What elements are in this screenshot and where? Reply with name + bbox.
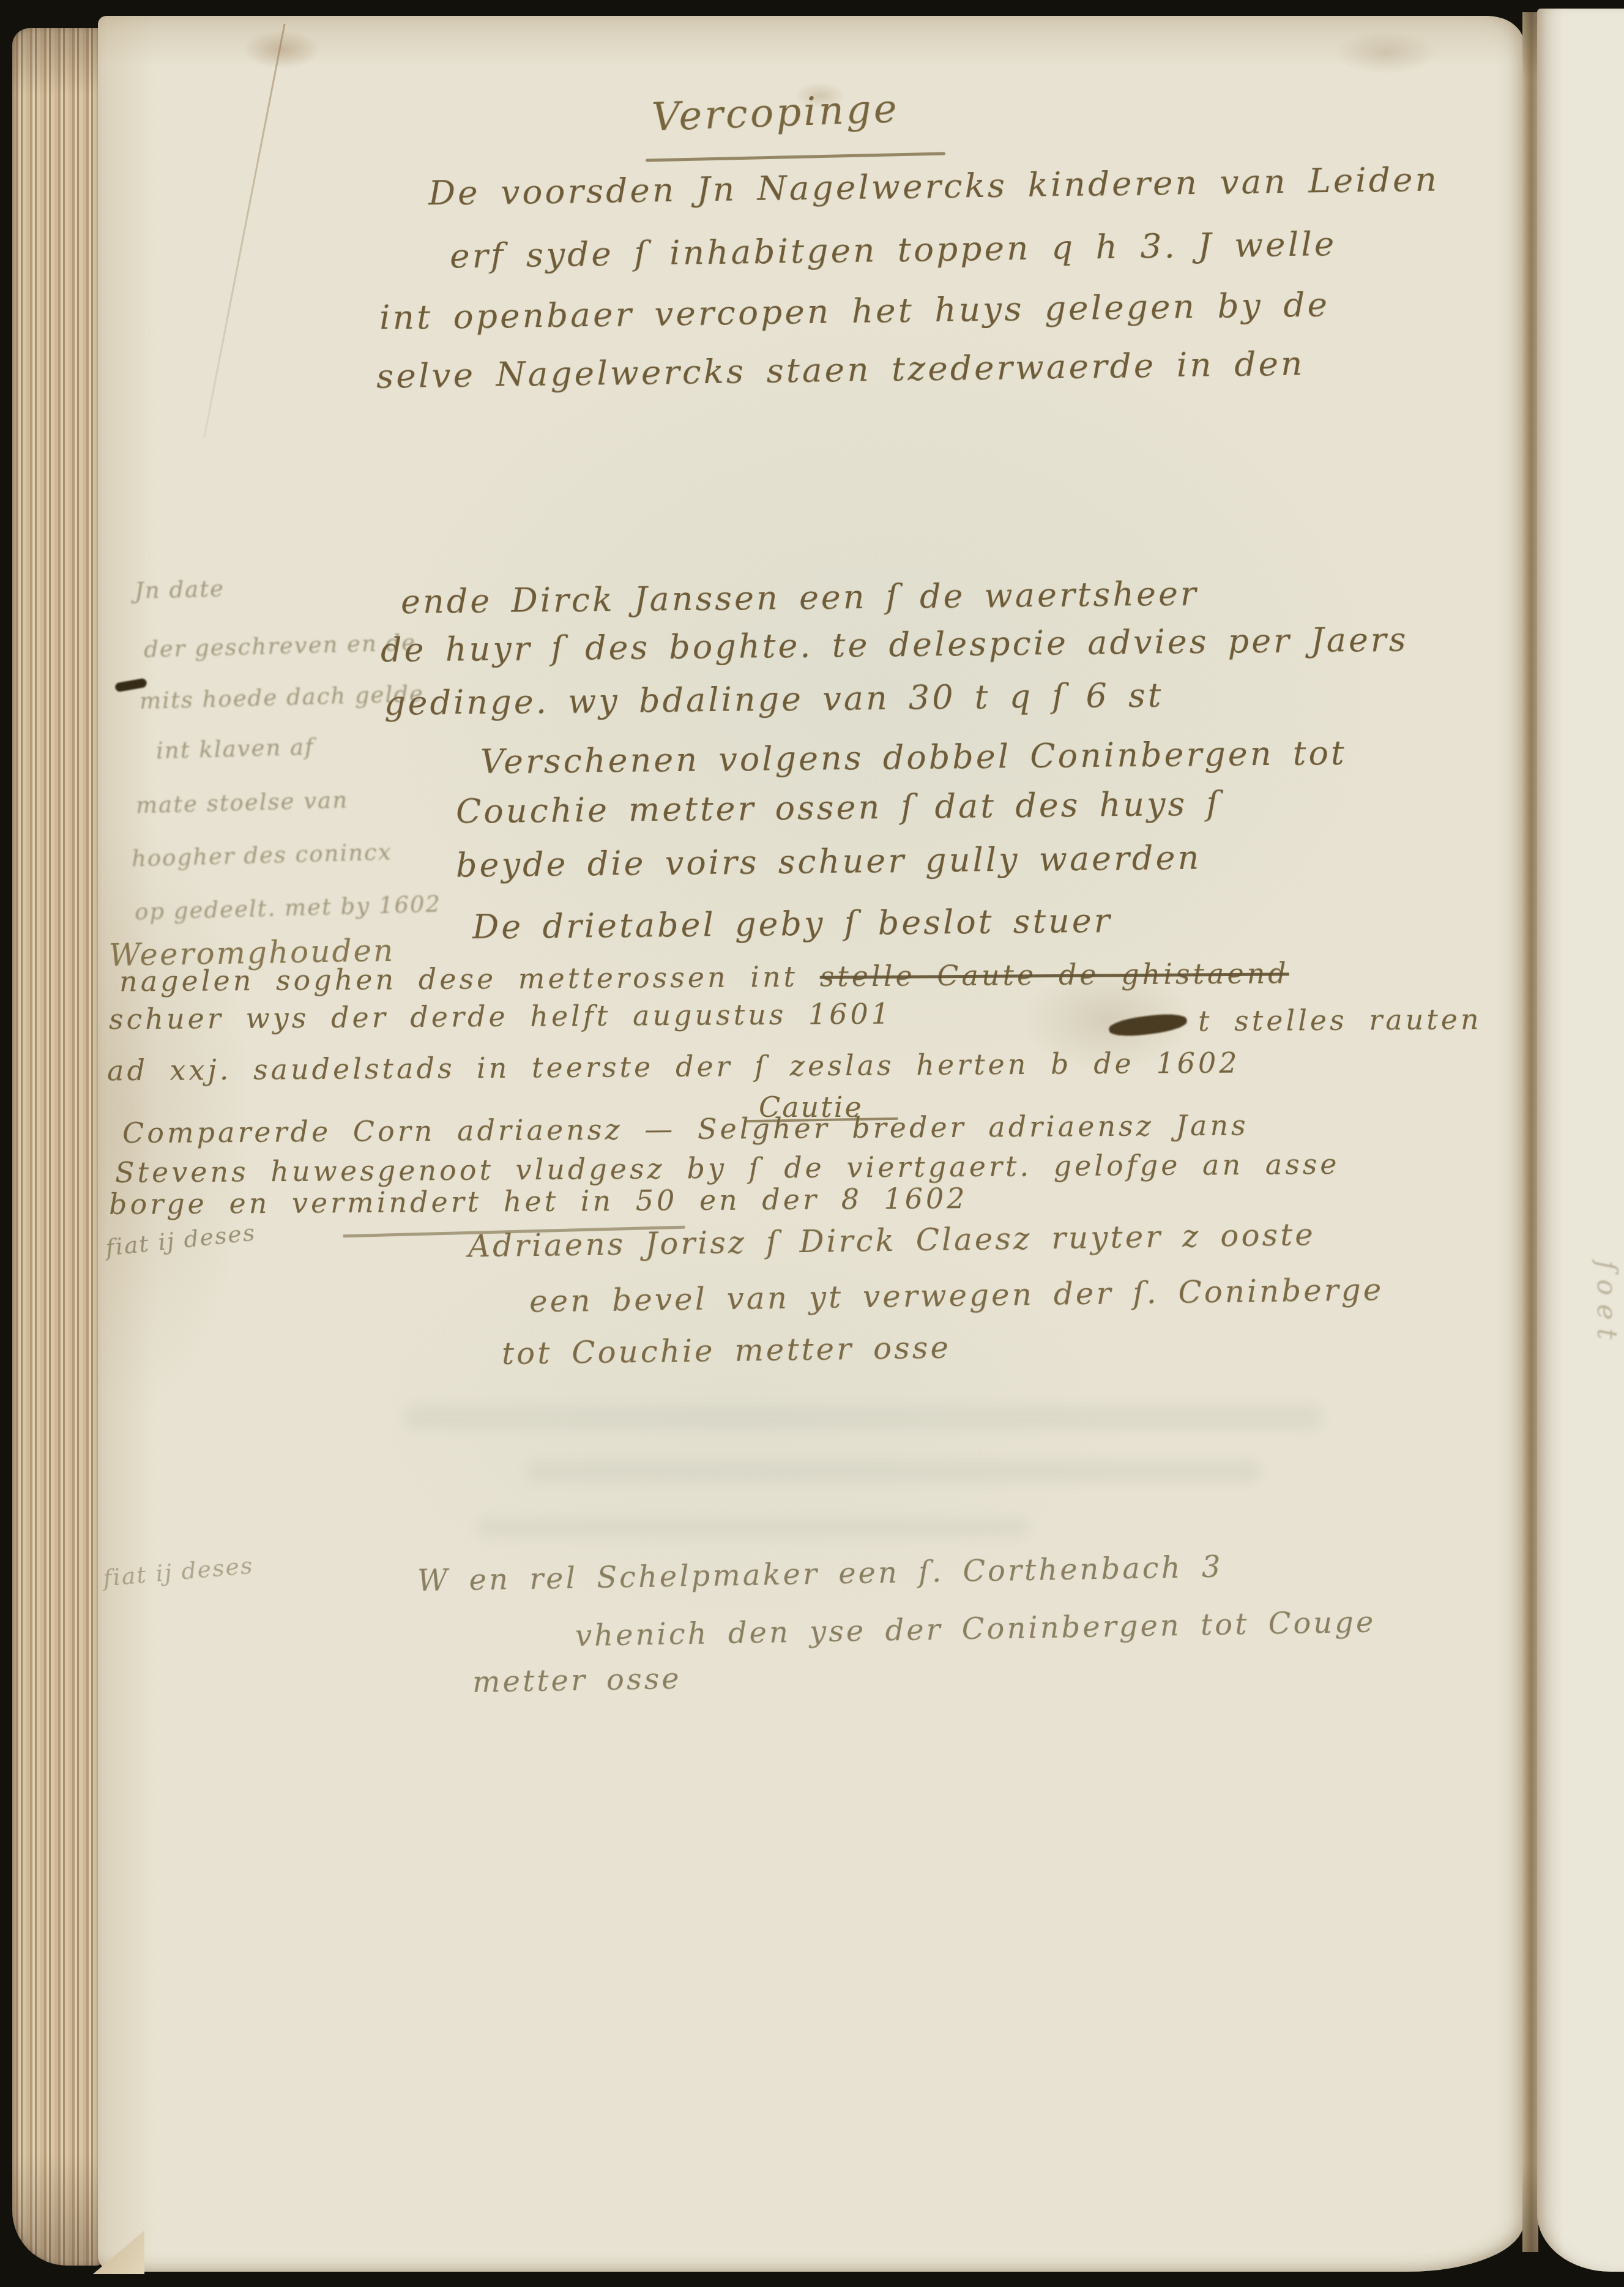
cautie-line: Comparerde Corn adriaensz — Selgher bred…	[122, 1109, 1249, 1150]
cautie-line: borge en vermindert het in 50 en der 8 1…	[109, 1182, 968, 1221]
dense-line: ad xxj. saudelstads in teerste der ſ zes…	[107, 1046, 1240, 1088]
main-line: ende Dirck Janssen een ſ de waertsheer	[401, 574, 1199, 621]
ghost-showthrough	[477, 1518, 1028, 1537]
ink-blot	[1108, 1011, 1188, 1039]
heading-underline	[646, 152, 945, 162]
intro-line: De voorsden Jn Nagelwercks kinderen van …	[428, 159, 1440, 212]
fiat-note: fiat ij deses	[104, 1218, 257, 1261]
main-line: gedinge. wy bdalinge van 30 t q ſ 6 st	[384, 676, 1164, 722]
strikethrough-text: stelle Caute de ghistaend	[820, 957, 1289, 993]
intro-line: selve Nagelwercks staen tzederwaerde in …	[376, 343, 1305, 395]
crease-line	[203, 24, 286, 439]
manuscript-scan: { "colors": { "backdrop": "#13110c", "pa…	[0, 0, 1624, 2287]
margin-note-line: int klaven af	[155, 734, 315, 764]
margin-note-line: hoogher des conincx	[132, 838, 393, 871]
order-line: W en rel Schelpmaker een ſ. Corthenbach …	[417, 1550, 1223, 1599]
cautie-line: Stevens huwesgenoot vludgesz by ſ de vie…	[115, 1147, 1340, 1189]
order-line: metter osse	[472, 1662, 682, 1699]
dense-line-start: nagelen soghen dese metterossen int	[119, 960, 820, 998]
margin-note-line: mate stoelse van	[135, 786, 348, 818]
main-line: beyde die voirs schuer gully waerden	[456, 838, 1202, 885]
margin-note-line: Jn date	[134, 575, 225, 604]
side-page-text: ſoet	[1591, 1261, 1622, 1518]
fiat-note: fiat ij deses	[102, 1551, 255, 1591]
dense-line: schuer wys der derde helft augustus 1601	[109, 998, 892, 1036]
gutter-shadow	[1522, 12, 1538, 2252]
order-line: tot Couchie metter osse	[502, 1330, 952, 1371]
order-line: een bevel van yt verwegen der ſ. Coninbe…	[529, 1272, 1384, 1319]
page-heading: Vercopinge	[651, 86, 900, 140]
ghost-showthrough	[526, 1460, 1261, 1482]
dense-line-end: t stelles rauten	[1198, 1002, 1482, 1037]
main-line: De drietabel geby ſ beslot stuer	[472, 901, 1112, 947]
facing-page-edge	[1537, 9, 1624, 2272]
margin-note-line: op gedeelt. met by 1602	[135, 890, 442, 925]
intro-line: int openbaer vercopen het huys gelegen b…	[379, 285, 1330, 337]
main-line: Verschenen volgens dobbel Coninbergen to…	[480, 734, 1347, 782]
main-line: de huyr ſ des boghte. te delespcie advie…	[381, 620, 1409, 670]
intro-line: erf syde ſ inhabitgen toppen q h 3. J we…	[450, 224, 1337, 275]
ghost-showthrough	[404, 1405, 1322, 1430]
main-line: Couchie metter ossen ſ dat des huys ſ	[456, 784, 1221, 830]
manuscript-page: Vercopinge De voorsden Jn Nagelwercks ki…	[98, 16, 1524, 2272]
margin-note-line: mits hoede dach gelde	[140, 681, 425, 714]
order-line: Adriaens Jorisz ſ Dirck Claesz ruyter z …	[468, 1217, 1316, 1264]
margin-note-line: der geschreven en de	[144, 629, 417, 663]
order-line: vhenich den yse der Coninbergen tot Coug…	[575, 1605, 1376, 1654]
book-spine-edges	[12, 28, 102, 2266]
